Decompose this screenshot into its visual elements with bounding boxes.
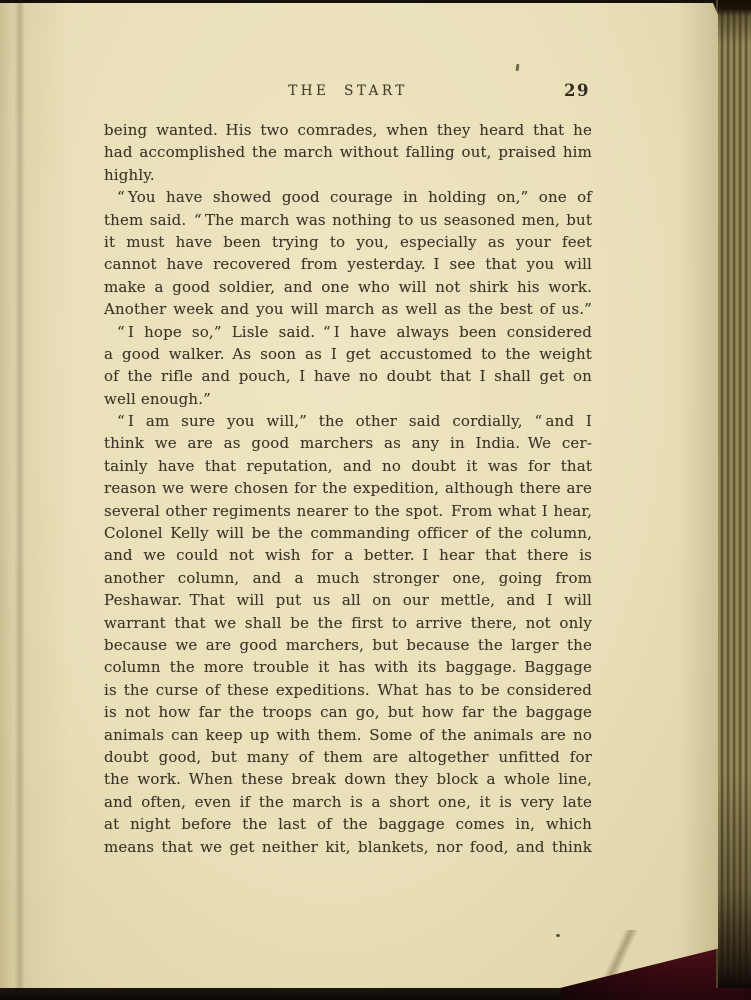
text-line: think we are as good marchers as any in … — [104, 432, 592, 454]
text-line: it must have been trying to you, especia… — [104, 231, 592, 253]
scan-speck — [516, 64, 520, 71]
text-line: and we could not wish for a better. I he… — [104, 544, 592, 566]
running-head: THE START 29 — [104, 83, 592, 103]
text-line: because we are good marchers, but becaus… — [104, 634, 592, 656]
text-line: them said. “ The march was nothing to us… — [104, 209, 592, 231]
text-line: Colonel Kelly will be the commanding off… — [104, 522, 592, 544]
text-line: “ I hope so,” Lisle said. “ I have alway… — [104, 321, 592, 343]
text-line: animals can keep up with them. Some of t… — [104, 724, 592, 746]
text-line: tainly have that reputation, and no doub… — [104, 455, 592, 477]
text-block: being wanted. His two comrades, when the… — [104, 119, 592, 858]
text-line: doubt good, but many of them are altoget… — [104, 746, 592, 768]
right-edge-shadow — [678, 3, 718, 988]
text-line: the work. When these break down they blo… — [104, 768, 592, 790]
gutter-shadow — [0, 3, 70, 988]
text-line: a good walker. As soon as I get accustom… — [104, 343, 592, 365]
text-line: highly. — [104, 164, 592, 186]
page-fore-edge-stack — [716, 0, 751, 988]
book-scan: THE START 29 being wanted. His two comra… — [0, 0, 751, 1000]
text-line: is the curse of these expeditions. What … — [104, 679, 592, 701]
text-line: cannot have recovered from yesterday. I … — [104, 253, 592, 275]
book-page: THE START 29 being wanted. His two comra… — [0, 3, 718, 988]
text-line: and often, even if the march is a short … — [104, 791, 592, 813]
text-line: being wanted. His two comrades, when the… — [104, 119, 592, 141]
scan-speck — [556, 934, 560, 937]
text-line: several other regiments nearer to the sp… — [104, 500, 592, 522]
text-line: “ I am sure you will,” the other said co… — [104, 410, 592, 432]
text-line: had accomplished the march without falli… — [104, 141, 592, 163]
text-line: make a good soldier, and one who will no… — [104, 276, 592, 298]
text-line: “ You have showed good courage in holdin… — [104, 186, 592, 208]
page-number: 29 — [564, 81, 590, 100]
chapter-running-title: THE START — [104, 83, 592, 99]
text-line: well enough.” — [104, 388, 592, 410]
text-line: at night before the last of the baggage … — [104, 813, 592, 835]
text-line: another column, and a much stronger one,… — [104, 567, 592, 589]
text-line: Another week and you will march as well … — [104, 298, 592, 320]
text-line: is not how far the troops can go, but ho… — [104, 701, 592, 723]
text-line: of the rifle and pouch, I have no doubt … — [104, 365, 592, 387]
text-line: reason we were chosen for the expedition… — [104, 477, 592, 499]
text-line: Peshawar. That will put us all on our me… — [104, 589, 592, 611]
text-line: warrant that we shall be the first to ar… — [104, 612, 592, 634]
text-line: means that we get neither kit, blankets,… — [104, 836, 592, 858]
text-line: column the more trouble it has with its … — [104, 656, 592, 678]
